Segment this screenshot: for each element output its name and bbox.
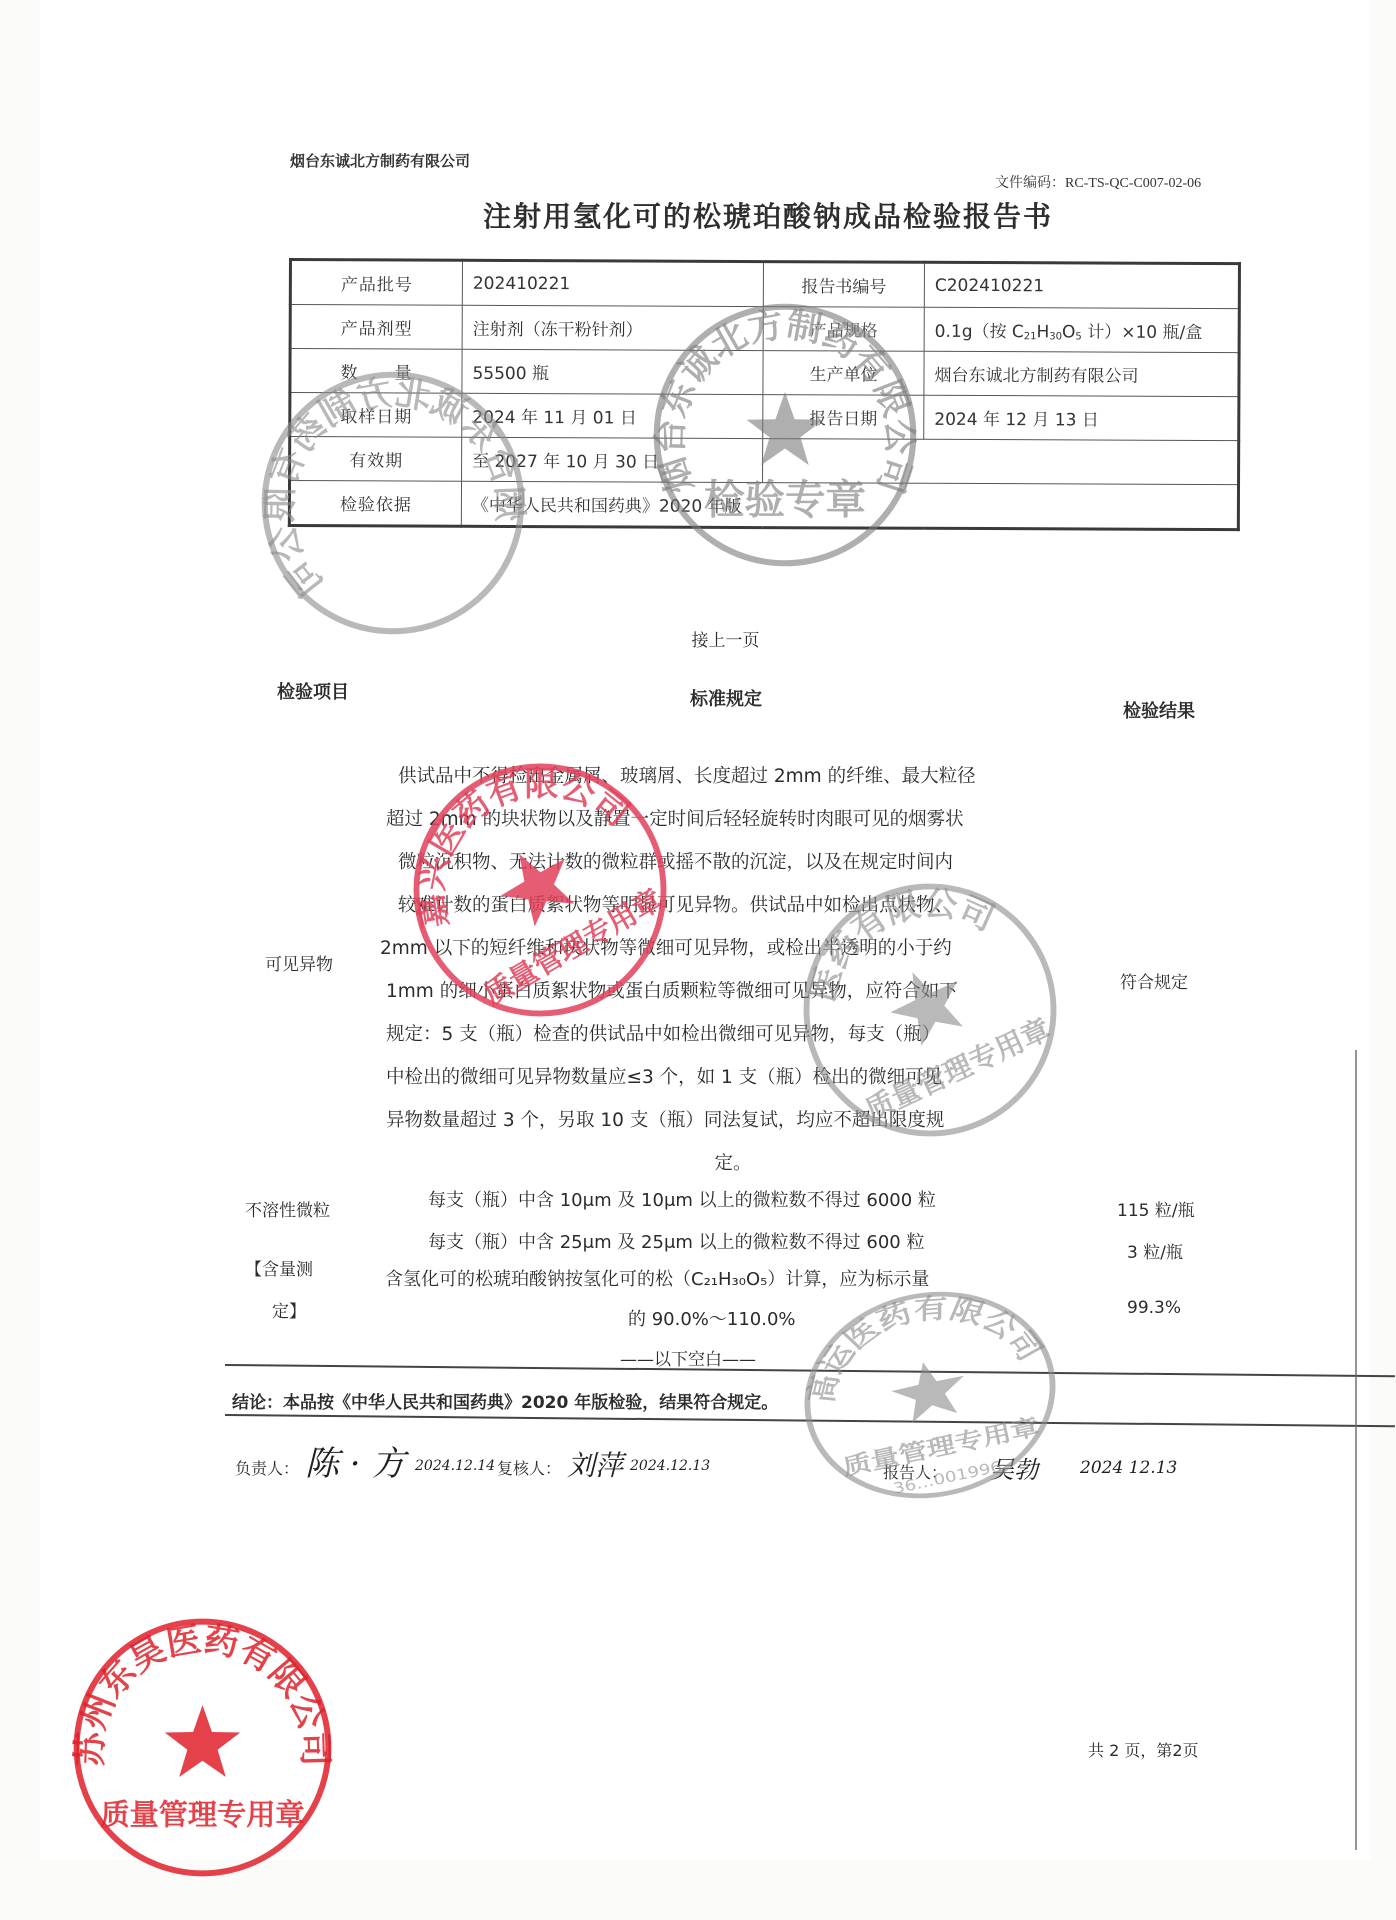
- value-sampling-date: 2024 年 11 月 01 日: [462, 393, 763, 438]
- product-info-table: 产品批号 202410221 报告书编号 C202410221 产品剂型 注射剂…: [288, 258, 1241, 531]
- result-insoluble-10um: 115 粒/瓶: [1117, 1196, 1195, 1221]
- header-test-item: 检验项目: [277, 678, 349, 704]
- company-name: 烟台东诚北方制药有限公司: [290, 150, 470, 171]
- table-row: 检验依据 《中华人民共和国药典》2020 年版: [289, 481, 1238, 530]
- value-manufacturer: 烟台东诚北方制药有限公司: [924, 351, 1239, 396]
- header-result: 检验结果: [1123, 697, 1195, 723]
- table-row: 数 量 55500 瓶 生产单位 烟台东诚北方制药有限公司: [290, 349, 1239, 397]
- standard-line: 超过 2mm 的块状物以及静置一定时间后轻轻旋转时肉眼可见的烟雾状: [386, 798, 1068, 841]
- standard-assay-range: 的 90.0%～110.0%: [628, 1305, 796, 1331]
- responsible-date: 2024.12.14: [415, 1458, 495, 1474]
- result-visible-particles: 符合规定: [1120, 968, 1188, 993]
- reviewer-date: 2024.12.13: [630, 1458, 710, 1474]
- table-row: 产品批号 202410221 报告书编号 C202410221: [290, 260, 1239, 309]
- reviewer-signature: 刘萍: [567, 1444, 623, 1484]
- label-dosage-form: 产品剂型: [290, 305, 462, 350]
- value-expiry: 至 2027 年 10 月 30 日: [462, 437, 763, 482]
- header-standard: 标准规定: [690, 685, 762, 711]
- standard-visible-particles: 供试品中不得检出金属屑、玻璃屑、长度超过 2mm 的纤维、最大粒径 超过 2mm…: [398, 755, 1068, 1185]
- standard-line: 2mm 以下的短纤维和块状物等微细可见异物，或检出半透明的小于约: [380, 927, 1068, 970]
- conclusion: 结论：本品按《中华人民共和国药典》2020 年版检验，结果符合规定。: [232, 1388, 778, 1413]
- value-batch-no: 202410221: [462, 260, 763, 306]
- table-row: 取样日期 2024 年 11 月 01 日 报告日期 2024 年 12 月 1…: [290, 393, 1239, 441]
- blank-below-marker: ——以下空白——: [620, 1345, 756, 1370]
- continued-from-previous: 接上一页: [0, 626, 1396, 651]
- label-manufacturer: 生产单位: [763, 351, 924, 396]
- reporter-signature: 吴勃: [990, 1450, 1038, 1485]
- file-code: 文件编码：RC-TS-QC-C007-02-06: [995, 172, 1201, 192]
- label-expiry: 有效期: [290, 437, 462, 482]
- item-insoluble-particles: 不溶性微粒: [245, 1196, 330, 1221]
- label-report-no: 报告书编号: [763, 262, 924, 308]
- scan-edge-line: [1355, 1050, 1357, 1850]
- value-report-no: C202410221: [924, 262, 1239, 308]
- table-row: 产品剂型 注射剂（冻干粉针剂） 产品规格 0.1g（按 C21H30O5 计）×…: [290, 305, 1239, 353]
- label-quantity: 数 量: [290, 349, 462, 394]
- standard-insoluble-25um: 每支（瓶）中含 25μm 及 25μm 以上的微粒数不得过 600 粒: [428, 1228, 924, 1254]
- result-assay: 99.3%: [1127, 1298, 1181, 1318]
- signature-row: 负责人： 陈 · 方 2024.12.14 复核人： 刘萍 2024.12.13…: [235, 1450, 1235, 1510]
- empty-cell: [763, 439, 1239, 485]
- page-number: 共 2 页，第2页: [1088, 1738, 1199, 1761]
- responsible-label: 负责人：: [235, 1456, 299, 1479]
- reporter-date: 2024 12.13: [1080, 1458, 1177, 1478]
- reporter-label: 报告人：: [883, 1460, 947, 1483]
- label-report-date: 报告日期: [763, 395, 924, 440]
- standard-line: 微粒沉积物、无法计数的微粒群或摇不散的沉淀，以及在规定时间内: [398, 841, 1068, 884]
- item-visible-particles: 可见异物: [265, 950, 333, 975]
- reviewer-label: 复核人：: [497, 1456, 561, 1479]
- value-specification: 0.1g（按 C21H30O5 计）×10 瓶/盒: [924, 307, 1239, 352]
- standard-line: 中检出的微细可见异物数量应≤3 个，如 1 支（瓶）检出的微细可见: [386, 1056, 1068, 1099]
- label-specification: 产品规格: [763, 307, 924, 352]
- label-test-basis: 检验依据: [289, 481, 461, 527]
- label-batch-no: 产品批号: [290, 260, 462, 306]
- standard-line: 较难计数的蛋白质絮状物等明显可见异物。供试品中如检出点状物、: [398, 884, 1068, 927]
- item-assay: 【含量测: [245, 1255, 313, 1280]
- value-test-basis: 《中华人民共和国药典》2020 年版: [461, 481, 1238, 529]
- standard-line: 1mm 的细小蛋白质絮状物或蛋白质颗粒等微细可见异物，应符合如下: [386, 970, 1068, 1013]
- item-assay-cont: 定】: [272, 1297, 306, 1322]
- value-dosage-form: 注射剂（冻干粉针剂）: [462, 305, 763, 350]
- standard-line: 规定：5 支（瓶）检查的供试品中如检出微细可见异物，每支（瓶）: [386, 1013, 1068, 1056]
- result-insoluble-25um: 3 粒/瓶: [1127, 1238, 1183, 1263]
- table-row: 有效期 至 2027 年 10 月 30 日: [290, 437, 1239, 485]
- document-title: 注射用氢化可的松琥珀酸钠成品检验报告书: [0, 195, 1396, 235]
- standard-assay: 含氢化可的松琥珀酸钠按氢化可的松（C₂₁H₃₀O₅）计算，应为标示量: [385, 1265, 929, 1291]
- responsible-signature: 陈 · 方: [305, 1436, 405, 1485]
- standard-line: 定。: [398, 1142, 1068, 1185]
- standard-line: 异物数量超过 3 个，另取 10 支（瓶）同法复试，均应不超出限度规: [386, 1099, 1068, 1142]
- standard-line: 供试品中不得检出金属屑、玻璃屑、长度超过 2mm 的纤维、最大粒径: [398, 755, 1068, 798]
- label-sampling-date: 取样日期: [290, 393, 462, 438]
- standard-insoluble-10um: 每支（瓶）中含 10μm 及 10μm 以上的微粒数不得过 6000 粒: [428, 1186, 936, 1212]
- value-report-date: 2024 年 12 月 13 日: [924, 395, 1239, 440]
- value-quantity: 55500 瓶: [462, 349, 763, 394]
